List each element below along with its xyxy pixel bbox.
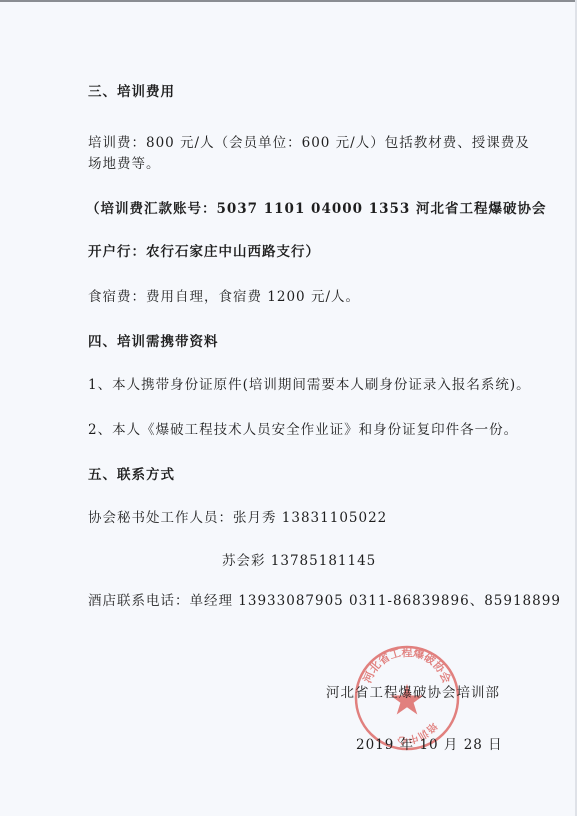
signature-organization: 河北省工程爆破协会培训部 [326,684,500,702]
materials-item-1: 1、本人携带身份证原件(培训期间需要本人刷身份证录入报名系统)。 [88,376,531,394]
contact-secretariat-line-2: 苏会彩 13785181145 [222,552,376,570]
signature-date: 2019 年 10 月 28 日 [356,736,503,754]
fees-line-2: 场地费等。 [88,155,161,173]
bank-branch-line: 开户行：农行石家庄中山西路支行） [88,243,320,261]
contact-secretariat-line: 协会秘书处工作人员：张月秀 13831105022 [88,509,387,527]
materials-item-2: 2、本人《爆破工程技术人员安全作业证》和身份证复印件各一份。 [88,421,518,439]
accommodation-fee-line: 食宿费：费用自理，食宿费 1200 元/人。 [88,288,360,306]
section-heading-materials: 四、培训需携带资料 [88,333,219,351]
section-heading-fees: 三、培训费用 [88,83,175,101]
svg-text:河北省工程爆破协会: 河北省工程爆破协会 [360,645,454,685]
bank-account-line: （培训费汇款账号：5037 1101 04000 1353 河北省工程爆破协会 [86,200,547,218]
fees-line-1: 培训费：800 元/人（会员单位：600 元/人）包括教材费、授课费及 [88,134,530,152]
stamp-text-top: 河北省工程爆破协会 [360,645,454,685]
page-edge-top [0,0,577,2]
contact-hotel-line: 酒店联系电话：单经理 13933087905 0311-86839896、859… [88,592,561,610]
section-heading-contact: 五、联系方式 [88,466,175,484]
